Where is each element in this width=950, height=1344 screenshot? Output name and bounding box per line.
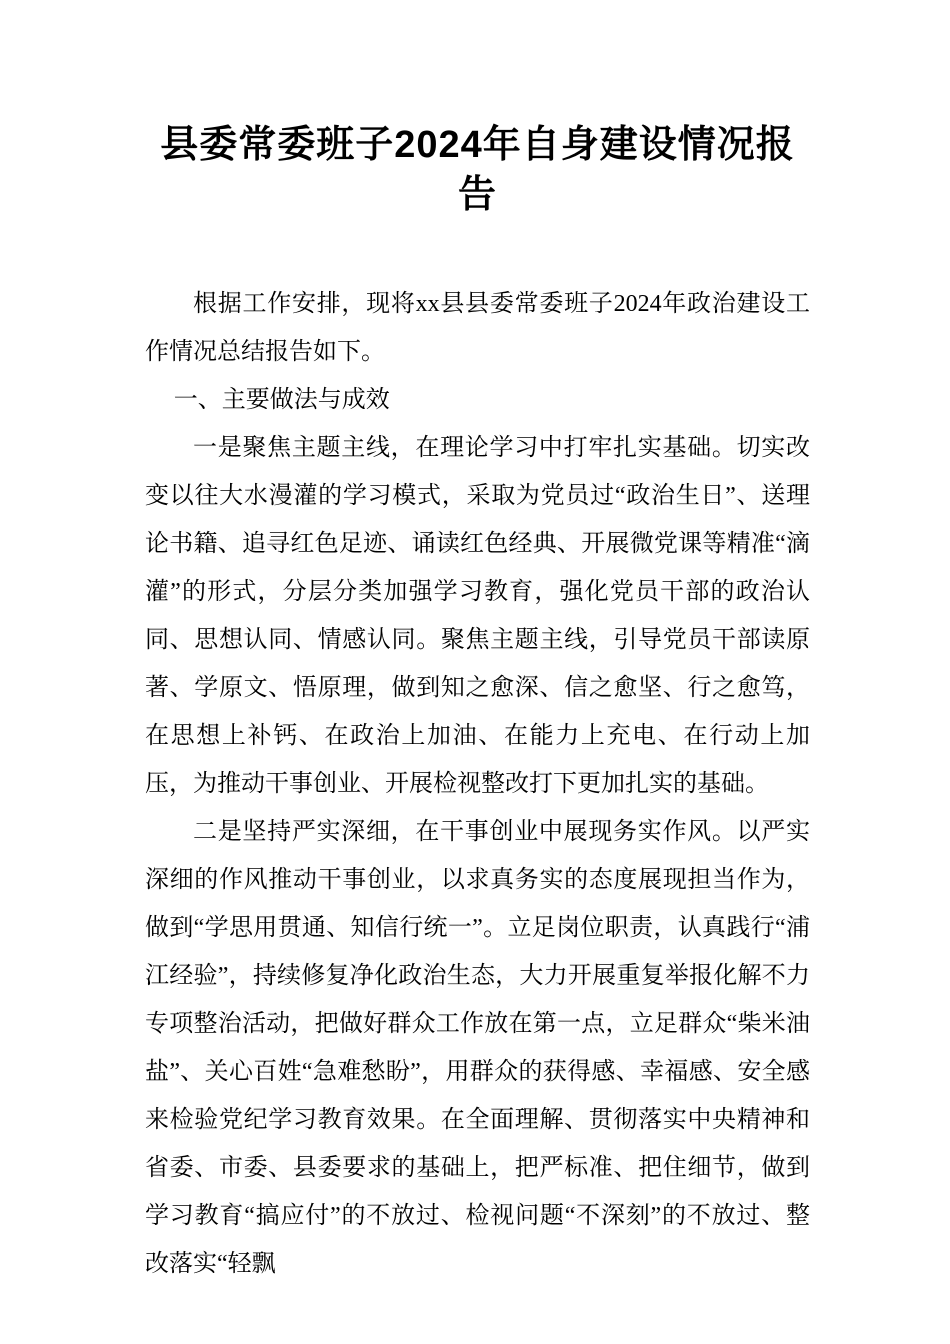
paragraph-point-one-theory-study: 一是聚焦主题主线，在理论学习中打牢扎实基础。切实改变以往大水漫灌的学习模式，采取…	[145, 424, 810, 808]
intro-paragraph: 根据工作安排，现将xx县县委常委班子2024年政治建设工作情况总结报告如下。	[145, 280, 810, 376]
document-page: 县委常委班子2024年自身建设情况报告 根据工作安排，现将xx县县委常委班子20…	[0, 0, 950, 1344]
paragraph-point-two-pragmatic-style: 二是坚持严实深细，在干事创业中展现务实作风。以严实深细的作风推动干事创业，以求真…	[145, 808, 810, 1288]
document-title: 县委常委班子2024年自身建设情况报告	[145, 120, 810, 220]
section-heading-main-practices: 一、主要做法与成效	[145, 376, 810, 424]
